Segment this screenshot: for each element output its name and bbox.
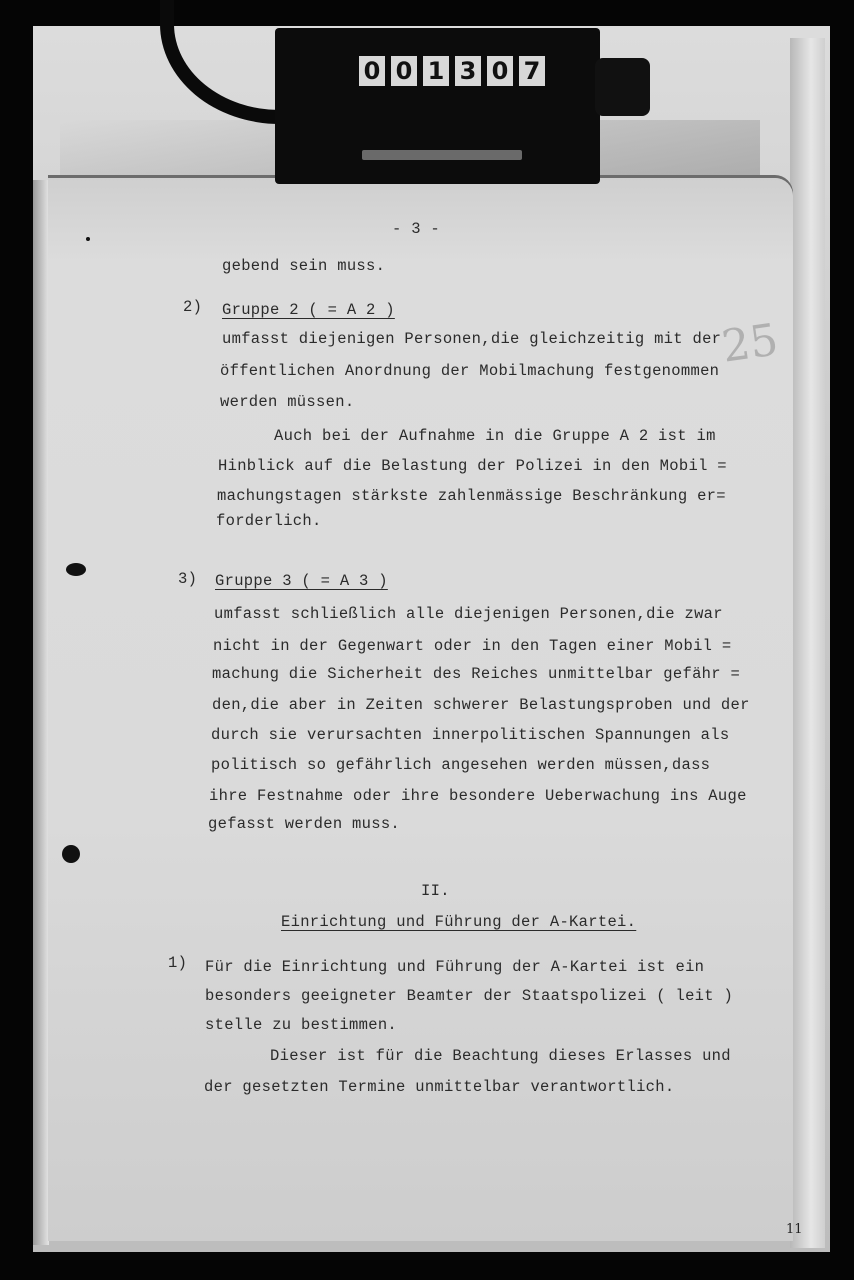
counter-digit: 0 (391, 56, 417, 86)
body-line: politisch so gefährlich angesehen werden… (211, 756, 710, 774)
right-edge-strip (790, 38, 825, 1248)
item-number: 3) (178, 570, 197, 588)
counter-slot (362, 150, 522, 160)
continuation-line: gebend sein muss. (222, 257, 385, 275)
frame-counter-device (275, 28, 600, 184)
counter-digit: 0 (359, 56, 385, 86)
punch-hole-mark (62, 845, 80, 863)
body-line: gefasst werden muss. (208, 815, 400, 833)
body-line: Auch bei der Aufnahme in die Gruppe A 2 … (274, 427, 716, 445)
body-line: stelle zu bestimmen. (205, 1016, 397, 1034)
body-line: umfasst schließlich alle diejenigen Pers… (214, 605, 723, 623)
body-line: öffentlichen Anordnung der Mobilmachung … (220, 362, 719, 380)
counter-knob (595, 58, 650, 116)
body-line: Dieser ist für die Beachtung dieses Erla… (270, 1047, 731, 1065)
body-line: nicht in der Gegenwart oder in den Tagen… (213, 637, 731, 655)
item-number: 2) (183, 298, 202, 316)
body-line: Hinblick auf die Belastung der Polizei i… (218, 457, 727, 475)
body-line: der gesetzten Termine unmittelbar verant… (204, 1078, 674, 1096)
ink-blot (66, 563, 86, 576)
body-line: forderlich. (216, 512, 322, 530)
body-line: durch sie verursachten innerpolitischen … (211, 726, 729, 744)
counter-digit: 1 (423, 56, 449, 86)
body-line: machungstagen stärkste zahlenmässige Bes… (217, 487, 726, 505)
group-3-heading: Gruppe 3 ( = A 3 ) (215, 572, 388, 590)
left-edge-strip (33, 180, 49, 1245)
counter-digit: 3 (455, 56, 481, 86)
body-line: Für die Einrichtung und Führung der A-Ka… (205, 958, 704, 976)
body-line: machung die Sicherheit des Reiches unmit… (212, 665, 740, 683)
body-line: den,die aber in Zeiten schwerer Belastun… (212, 696, 750, 714)
group-2-heading: Gruppe 2 ( = A 2 ) (222, 301, 395, 319)
counter-digit: 0 (487, 56, 513, 86)
item-number: 1) (168, 954, 187, 972)
speck (86, 237, 90, 241)
body-line: ihre Festnahme oder ihre besondere Ueber… (209, 787, 747, 805)
handwritten-page-note: 25 (719, 314, 782, 372)
section-roman-numeral: II. (421, 882, 450, 900)
body-line: umfasst diejenigen Personen,die gleichze… (222, 330, 721, 348)
body-line: besonders geeigneter Beamter der Staatsp… (205, 987, 733, 1005)
corner-mark: 11 (786, 1222, 803, 1237)
frame-counter-digits: 0 0 1 3 0 7 (359, 56, 545, 86)
section-title: Einrichtung und Führung der A-Kartei. (281, 913, 636, 931)
counter-digit: 7 (519, 56, 545, 86)
page-number: - 3 - (392, 220, 440, 238)
body-line: werden müssen. (220, 393, 354, 411)
